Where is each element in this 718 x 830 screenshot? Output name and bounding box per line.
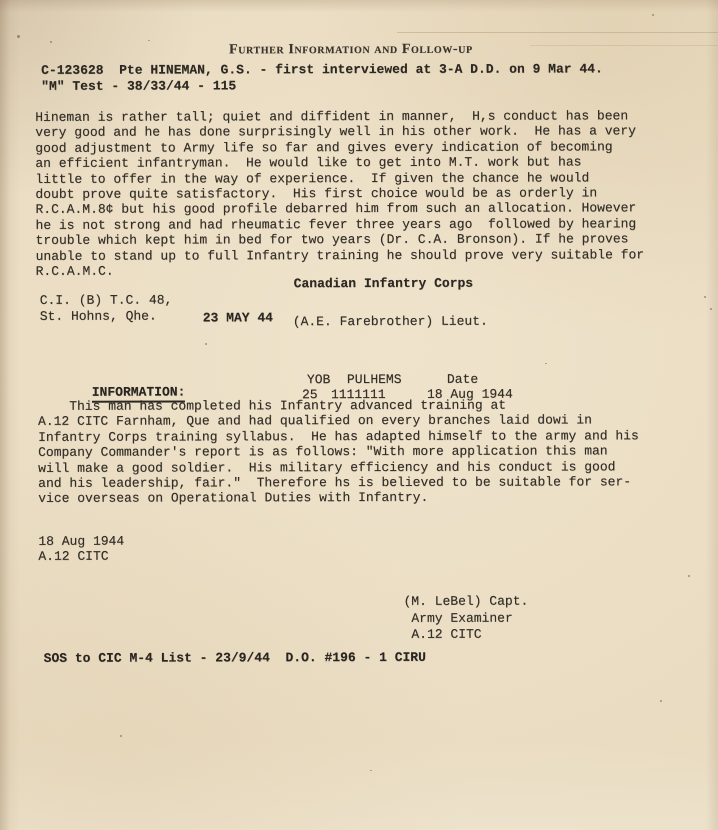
unit-line: Canadian Infantry Corps [294, 276, 473, 292]
assessment-paragraph: Hineman is rather tall; quiet and diffid… [35, 108, 644, 279]
date-label: Date [447, 372, 478, 387]
typed-content: Further Information and Follow-up C-1236… [0, 0, 718, 830]
yob-label: YOB [307, 372, 330, 387]
assessment-date: 23 MAY 44 [203, 310, 273, 326]
subject-line-1: C-123628 Pte HINEMAN, G.S. - first inter… [41, 61, 603, 78]
disposal-line: SOS to CIC M-4 List - 23/9/44 D.O. #196 … [44, 650, 426, 666]
office-line-1: C.I. (B) T.C. 48, [40, 292, 173, 308]
information-paragraph: This man has completed his Infantry adva… [38, 397, 639, 506]
document-page: Further Information and Follow-up C-1236… [0, 0, 718, 830]
assessment-signature: (A.E. Farebrother) Lieut. [293, 314, 488, 330]
office-line-2: St. Hohns, Qhe. [40, 309, 157, 325]
form-heading: Further Information and Follow-up [229, 42, 473, 59]
examiner-signature-block: (M. LeBel) Capt. Army Examiner A.12 CITC [403, 594, 528, 644]
pulhems-label: PULHEMS [347, 372, 402, 388]
report-date-place: 18 Aug 1944 A.12 CITC [38, 534, 124, 565]
subject-line-2: "M" Test - 38/33/44 - 115 [41, 78, 236, 94]
